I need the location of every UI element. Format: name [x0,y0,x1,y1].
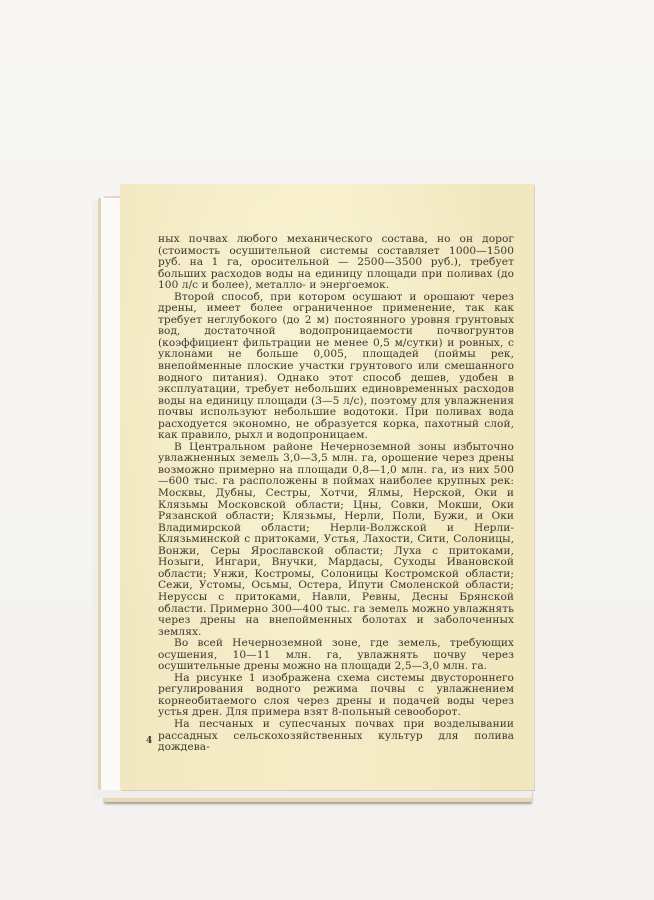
page-number: 4 [146,736,152,746]
paragraph-figure-reference: На рисунке 1 изображена схема системы дв… [158,673,514,719]
book-page: ных почвах любого механического состава,… [120,184,534,790]
paragraph-central-region: В Центральном районе Нечерноземной зоны … [158,442,514,638]
paragraph-continuation: ных почвах любого механического состава,… [158,234,514,292]
body-text: ных почвах любого механического состава,… [158,234,514,754]
paragraph-second-method: Второй способ, при котором осушают и оро… [158,292,514,442]
paragraph-sandy-soils: На песчаных и супесчаных почвах при возд… [158,719,514,754]
paragraph-nonchernozem-zone: Во всей Нечерноземной зоне, где земель, … [158,638,514,673]
